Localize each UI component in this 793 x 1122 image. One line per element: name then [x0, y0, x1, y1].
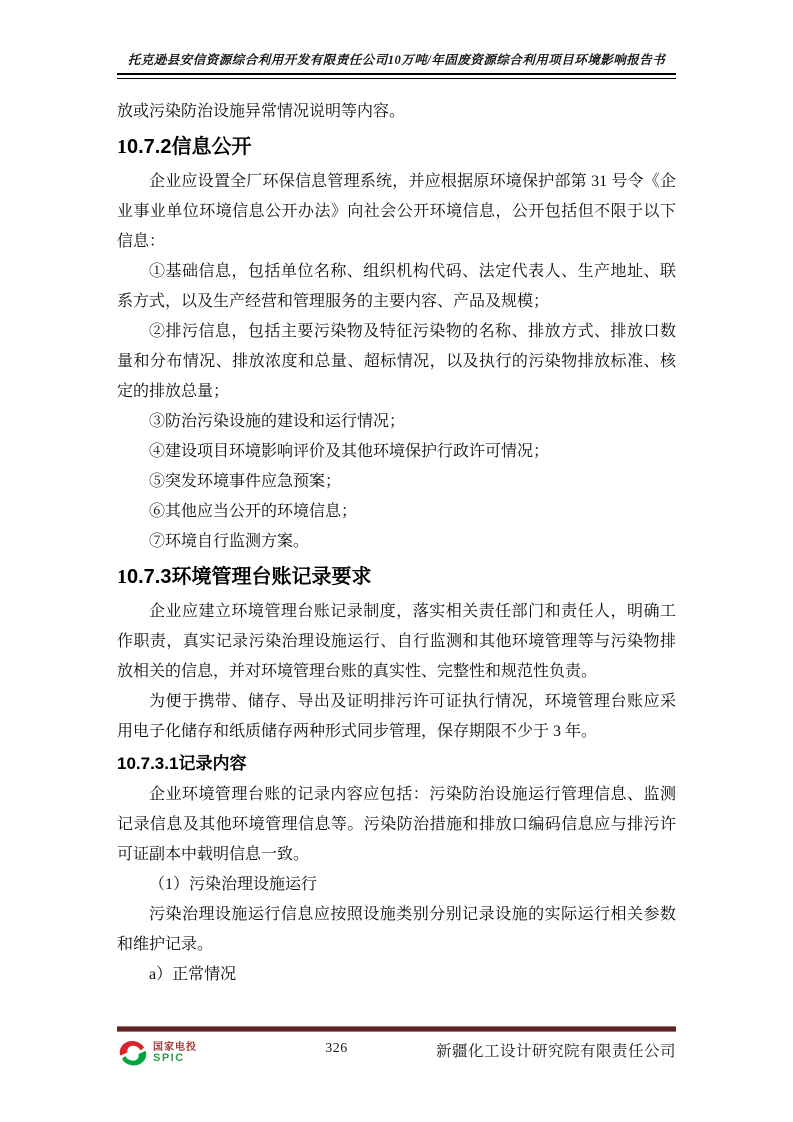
section-heading: 10.7.3环境管理台账记录要求 — [117, 559, 676, 595]
spic-logo-icon — [117, 1039, 149, 1069]
spic-logo: 国家电投 SPIC — [117, 1039, 247, 1069]
paragraph: （1）污染治理设施运行 — [117, 870, 676, 900]
page-footer: 国家电投 SPIC 326 新疆化工设计研究院有限责任公司 — [117, 1026, 676, 1069]
paragraph: a）正常情况 — [117, 960, 676, 990]
page-header: 托克逊县安信资源综合利用开发有限责任公司10万吨/年固废资源综合利用项目环境影响… — [117, 0, 676, 79]
document-page: 托克逊县安信资源综合利用开发有限责任公司10万吨/年固废资源综合利用项目环境影响… — [0, 0, 793, 1122]
header-rule — [117, 73, 676, 79]
spic-logo-text-en: SPIC — [153, 1053, 197, 1065]
section-heading: 10.7.2信息公开 — [117, 129, 676, 165]
paragraph: ③防治污染设施的建设和运行情况； — [117, 407, 676, 437]
paragraph: ④建设项目环境影响评价及其他环境保护行政许可情况； — [117, 437, 676, 467]
footer-rule — [117, 1026, 676, 1032]
paragraph: ②排污信息，包括主要污染物及特征污染物的名称、排放方式、排放口数量和分布情况、排… — [117, 317, 676, 407]
subsection-heading: 10.7.3.1记录内容 — [117, 748, 676, 779]
footer-company-name: 新疆化工设计研究院有限责任公司 — [426, 1039, 676, 1061]
paragraph: ⑥其他应当公开的环境信息； — [117, 497, 676, 527]
paragraph: ⑤突发环境事件应急预案； — [117, 467, 676, 497]
paragraph: 企业应建立环境管理台账记录制度，落实相关责任部门和责任人，明确工作职责，真实记录… — [117, 597, 676, 687]
document-body: 放或污染防治设施异常情况说明等内容。10.7.2信息公开企业应设置全厂环保信息管… — [117, 97, 676, 990]
paragraph: 放或污染防治设施异常情况说明等内容。 — [117, 97, 676, 127]
paragraph: 为便于携带、储存、导出及证明排污许可证执行情况，环境管理台账应采用电子化储存和纸… — [117, 687, 676, 747]
paragraph: ①基础信息，包括单位名称、组织机构代码、法定代表人、生产地址、联系方式，以及生产… — [117, 257, 676, 317]
page-number: 326 — [325, 1041, 348, 1056]
paragraph: 企业应设置全厂环保信息管理系统，并应根据原环境保护部第 31 号令《企业事业单位… — [117, 167, 676, 257]
paragraph: 污染治理设施运行信息应按照设施类别分别记录设施的实际运行相关参数和维护记录。 — [117, 900, 676, 960]
paragraph: ⑦环境自行监测方案。 — [117, 527, 676, 557]
header-title: 托克逊县安信资源综合利用开发有限责任公司10万吨/年固废资源综合利用项目环境影响… — [117, 50, 676, 68]
paragraph: 企业环境管理台账的记录内容应包括：污染防治设施运行管理信息、监测记录信息及其他环… — [117, 780, 676, 870]
